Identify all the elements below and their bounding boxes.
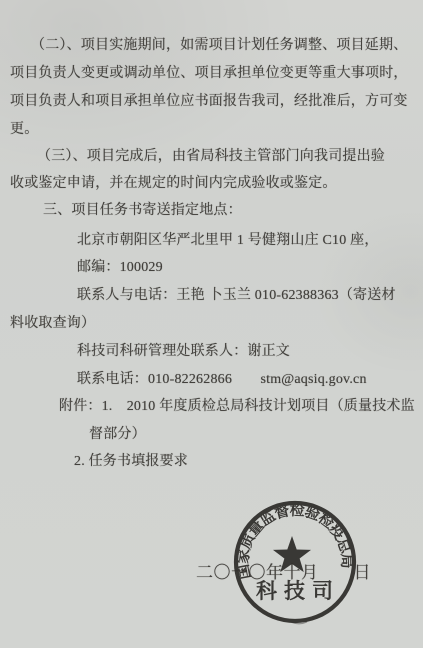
doc-line-16: 2. 任务书填报要求 <box>74 452 188 471</box>
doc-line-2: 项目负责人变更或调动单位、项目承担单位变更等重大事项时， <box>10 64 408 83</box>
doc-line-6: 收或鉴定申请，并在规定的时间内完成验收或鉴定。 <box>10 174 337 193</box>
doc-line-9: 邮编：100029 <box>77 258 163 277</box>
official-seal: 国家质量监督检验检疫总局 科技司 <box>227 494 363 630</box>
doc-line-7: 三、项目任务书寄送指定地点： <box>43 201 242 220</box>
doc-line-1: （二）、项目实施期间，如需项目计划任务调整、项目延期、 <box>31 36 407 55</box>
doc-line-13: 联系电话：010-82262866 stm@aqsiq.gov.cn <box>77 370 367 389</box>
scanned-document-page: （二）、项目实施期间，如需项目计划任务调整、项目延期、 项目负责人变更或调动单位… <box>0 0 423 648</box>
doc-line-14: 附件：1. 2010 年度质检总局科技计划项目（质量技术监 <box>59 397 415 416</box>
seal-arc-text-holder: 国家质量监督检验检疫总局 <box>234 501 356 581</box>
seal-department-text: 科技司 <box>256 579 340 603</box>
doc-line-15: 督部分） <box>89 425 146 444</box>
doc-line-3: 项目负责人和项目承担单位应书面报告我司，经批准后，方可变 <box>10 92 408 111</box>
doc-line-12: 科技司科研管理处联系人：谢正文 <box>77 342 290 361</box>
doc-line-11: 料收取查询） <box>10 314 95 333</box>
seal-arc-text: 国家质量监督检验检疫总局 <box>234 501 356 581</box>
doc-line-5: （三）、项目完成后，由省局科技主管部门向我司提出验 <box>37 147 385 166</box>
doc-line-10: 联系人与电话：王艳 卜玉兰 010-62388363（寄送材 <box>77 286 396 305</box>
doc-line-4: 更。 <box>10 120 38 139</box>
doc-line-8: 北京市朝阳区华严北里甲 1 号健翔山庄 C10 座， <box>77 231 379 250</box>
star-icon <box>273 536 311 572</box>
